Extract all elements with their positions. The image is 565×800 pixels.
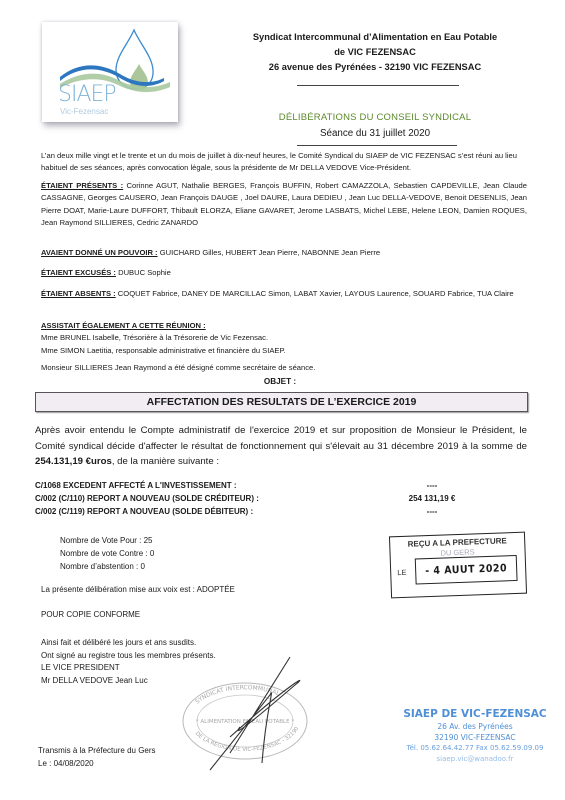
org-stamp-address: 26 Av. des Pyrénées xyxy=(385,722,565,731)
proxy-section: AVAIENT DONNÉ UN POUVOIR : GUICHARD Gill… xyxy=(41,247,527,259)
logo-name: SIAEP xyxy=(58,82,116,107)
also-present-item: Mme SIMON Laetitia, responsable administ… xyxy=(41,345,527,357)
session-date: Séance du 31 juillet 2020 xyxy=(225,128,525,139)
transmission-line: Transmis à la Préfecture du Gers xyxy=(38,745,156,758)
secretary-line: Monsieur SILLIERES Jean Raymond a été dé… xyxy=(41,362,527,374)
seal-bottom-text: DE LA REGION DE VIC-FEZENSAC - 32190 xyxy=(194,726,301,753)
svg-text:DE LA REGION DE VIC-FEZENSAC -: DE LA REGION DE VIC-FEZENSAC - 32190 xyxy=(194,726,301,753)
excused-section: ÉTAIENT EXCUSÉS : DUBUC Sophie xyxy=(41,267,527,279)
excused-label: ÉTAIENT EXCUSÉS : xyxy=(41,268,116,277)
header-divider-1 xyxy=(297,85,459,86)
votes-for: Nombre de Vote Pour : 25 xyxy=(60,534,154,547)
decision-text-before: Après avoir entendu le Compte administra… xyxy=(35,425,527,452)
proxy-label: AVAIENT DONNÉ UN POUVOIR : xyxy=(41,248,158,257)
stamp-date-box: - 4 AUUT 2020 xyxy=(415,555,518,585)
decision-paragraph: Après avoir entendu le Compte administra… xyxy=(35,423,527,470)
votes-abstention: Nombre d’abstention : 0 xyxy=(60,560,154,573)
present-section: ÉTAIENT PRÉSENTS : Corinne AGUT, Nathali… xyxy=(41,180,527,229)
account-value: ---- xyxy=(372,481,492,490)
absent-section: ÉTAIENT ABSENTS : COQUET Fabrice, DANEY … xyxy=(41,288,527,300)
org-address: 26 avenue des Pyrénées - 32190 VIC FEZEN… xyxy=(225,60,525,75)
official-seal-signature: SYNDICAT INTERCOMMUNAL * ALIMENTATION EN… xyxy=(170,655,320,775)
org-stamp-phone: Tél. 05.62.64.42.77 Fax 05.62.59.09.09 xyxy=(385,744,565,752)
prefecture-received-stamp: REÇU A LA PREFECTURE DU GERS LE - 4 AUUT… xyxy=(389,532,527,599)
transmission-date: Le : 04/08/2020 xyxy=(38,758,156,771)
document-title: DÉLIBÉRATIONS DU CONSEIL SYNDICAL xyxy=(225,112,525,123)
also-present-label: ASSISTAIT ÉGALEMENT A CETTE RÉUNION : xyxy=(41,320,527,332)
votes-block: Nombre de Vote Pour : 25 Nombre de vote … xyxy=(60,534,154,573)
account-label: C/1068 EXCEDENT AFFECTÉ A L'INVESTISSEME… xyxy=(35,481,237,490)
org-stamp-email: siaep.vic@wanadoo.fr xyxy=(385,755,565,763)
intro-paragraph: L’an deux mille vingt et le trente et un… xyxy=(41,150,527,175)
account-label: C/002 (C/110) REPORT A NOUVEAU (SOLDE CR… xyxy=(35,494,259,503)
object-title-box: AFFECTATION DES RESULTATS DE L’EXERCICE … xyxy=(35,392,528,412)
org-name-line2: de VIC FEZENSAC xyxy=(225,45,525,60)
vote-result: La présente délibération mise aux voix e… xyxy=(41,584,235,596)
also-present-section: ASSISTAIT ÉGALEMENT A CETTE RÉUNION : Mm… xyxy=(41,320,527,357)
transmission-block: Transmis à la Préfecture du Gers Le : 04… xyxy=(38,745,156,770)
header-divider-2 xyxy=(297,145,457,146)
org-stamp-city: 32190 VIC-FEZENSAC xyxy=(385,733,565,742)
object-title: AFFECTATION DES RESULTATS DE L’EXERCICE … xyxy=(147,396,417,408)
account-value: 254 131,19 € xyxy=(372,494,492,503)
excused-list: DUBUC Sophie xyxy=(116,268,171,277)
logo-subtitle: Vic-Fezensac xyxy=(60,107,108,116)
present-label: ÉTAIENT PRÉSENTS : xyxy=(41,181,123,190)
siaep-logo: SIAEP Vic-Fezensac xyxy=(42,22,178,122)
decision-text-after: , de la manière suivante : xyxy=(112,456,219,467)
decision-amount: 254.131,19 €uros xyxy=(35,456,112,467)
copy-conform: POUR COPIE CONFORME xyxy=(41,609,140,621)
also-present-item: Mme BRUNEL Isabelle, Trésorière à la Tré… xyxy=(41,332,527,344)
account-label: C/002 (C/119) REPORT A NOUVEAU (SOLDE DÉ… xyxy=(35,507,253,516)
stamp-date: - 4 AUUT 2020 xyxy=(425,562,507,577)
org-name-line1: Syndicat Intercommunal d’Alimentation en… xyxy=(225,30,525,45)
votes-against: Nombre de vote Contre : 0 xyxy=(60,547,154,560)
absent-list: COQUET Fabrice, DANEY DE MARCILLAC Simon… xyxy=(116,289,514,298)
proxy-list: GUICHARD Gilles, HUBERT Jean Pierre, NAB… xyxy=(158,248,381,257)
object-label: OBJET : xyxy=(60,377,500,386)
absent-label: ÉTAIENT ABSENTS : xyxy=(41,289,116,298)
account-value: ---- xyxy=(372,507,492,516)
closing-line: Ainsi fait et délibéré les jours et ans … xyxy=(41,637,216,650)
org-stamp-name: SIAEP DE VIC-FEZENSAC xyxy=(385,708,565,720)
stamp-le: LE xyxy=(397,568,406,577)
